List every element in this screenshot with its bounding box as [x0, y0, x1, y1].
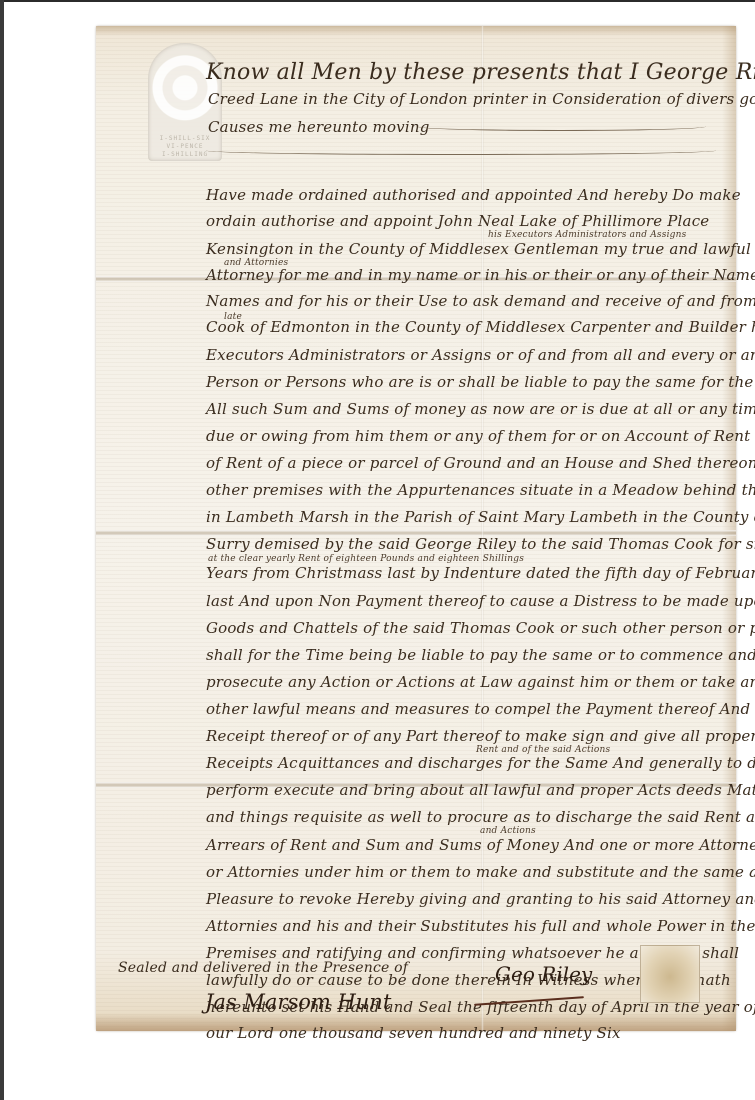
text-line: Cook of Edmonton in the County of Middle… [206, 318, 755, 336]
text-line: Executors Administrators or Assigns or o… [206, 346, 755, 364]
scan-border-top [0, 0, 755, 2]
text-line: shall for the Time being be liable to pa… [206, 646, 755, 664]
witness-signature: Jas Marsom Hunt [205, 990, 391, 1014]
text-line: of Rent of a piece or parcel of Ground a… [206, 454, 755, 472]
text-line: Person or Persons who are is or shall be… [206, 373, 755, 391]
text-line: and things requisite as well to procure … [206, 808, 755, 826]
text-line: due or owing from him them or any of the… [206, 427, 755, 445]
text-line: Names and for his or their Use to ask de… [206, 292, 755, 310]
text-line: Attorney for me and in my name or in his… [206, 266, 755, 284]
text-line: Receipts Acquittances and discharges for… [206, 754, 755, 772]
interlineation: at the clear yearly Rent of eighteen Pou… [208, 554, 524, 564]
interlineation: his Executors Administrators and Assigns [488, 230, 686, 240]
interlineation: and Actions [480, 826, 536, 836]
text-line: Creed Lane in the City of London printer… [208, 90, 755, 108]
text-line: Have made ordained authorised and appoin… [206, 186, 741, 204]
grantor-signature: Geo Riley [495, 962, 592, 986]
text-line: All such Sum and Sums of money as now ar… [206, 400, 755, 418]
text-line: perform execute and bring about all lawf… [206, 781, 755, 799]
text-line: Pleasure to revoke Hereby giving and gra… [206, 890, 755, 908]
document-page: I-SHILL-SIX VI-PENCE I-SHILLING Know all… [96, 26, 736, 1031]
text-line: Kensington in the County of Middlesex Ge… [206, 240, 751, 258]
document-heading: Know all Men by these presents that I Ge… [206, 60, 755, 85]
text-line: Attornies and his and their Substitutes … [206, 917, 755, 935]
text-line: or Attornies under him or them to make a… [206, 863, 755, 881]
text-line: Surry demised by the said George Riley t… [206, 535, 755, 553]
text-line: other lawful means and measures to compe… [206, 700, 755, 718]
text-line: Years from Christmass last by Indenture … [206, 564, 755, 582]
text-line: in Lambeth Marsh in the Parish of Saint … [206, 508, 755, 526]
paper-edge [96, 26, 736, 36]
text-line: Receipt thereof or of any Part thereof t… [206, 727, 755, 745]
scan-border-left [0, 0, 4, 1100]
text-line: Causes me hereunto moving [208, 118, 430, 136]
text-line: our Lord one thousand seven hundred and … [206, 1024, 621, 1042]
text-line: last And upon Non Payment thereof to cau… [206, 592, 755, 610]
text-line: Arrears of Rent and Sum and Sums of Mone… [206, 836, 755, 854]
text-line: ordain authorise and appoint John Neal L… [206, 212, 709, 230]
text-line: prosecute any Action or Actions at Law a… [206, 673, 755, 691]
line-filler-flourish [416, 122, 706, 131]
text-line: other premises with the Appurtenances si… [206, 481, 755, 499]
line-filler-flourish [206, 146, 716, 155]
wax-seal-remnant [640, 945, 700, 1003]
text-line: Goods and Chattels of the said Thomas Co… [206, 619, 755, 637]
attestation-clause: Sealed and delivered in the Presence of [118, 960, 408, 976]
